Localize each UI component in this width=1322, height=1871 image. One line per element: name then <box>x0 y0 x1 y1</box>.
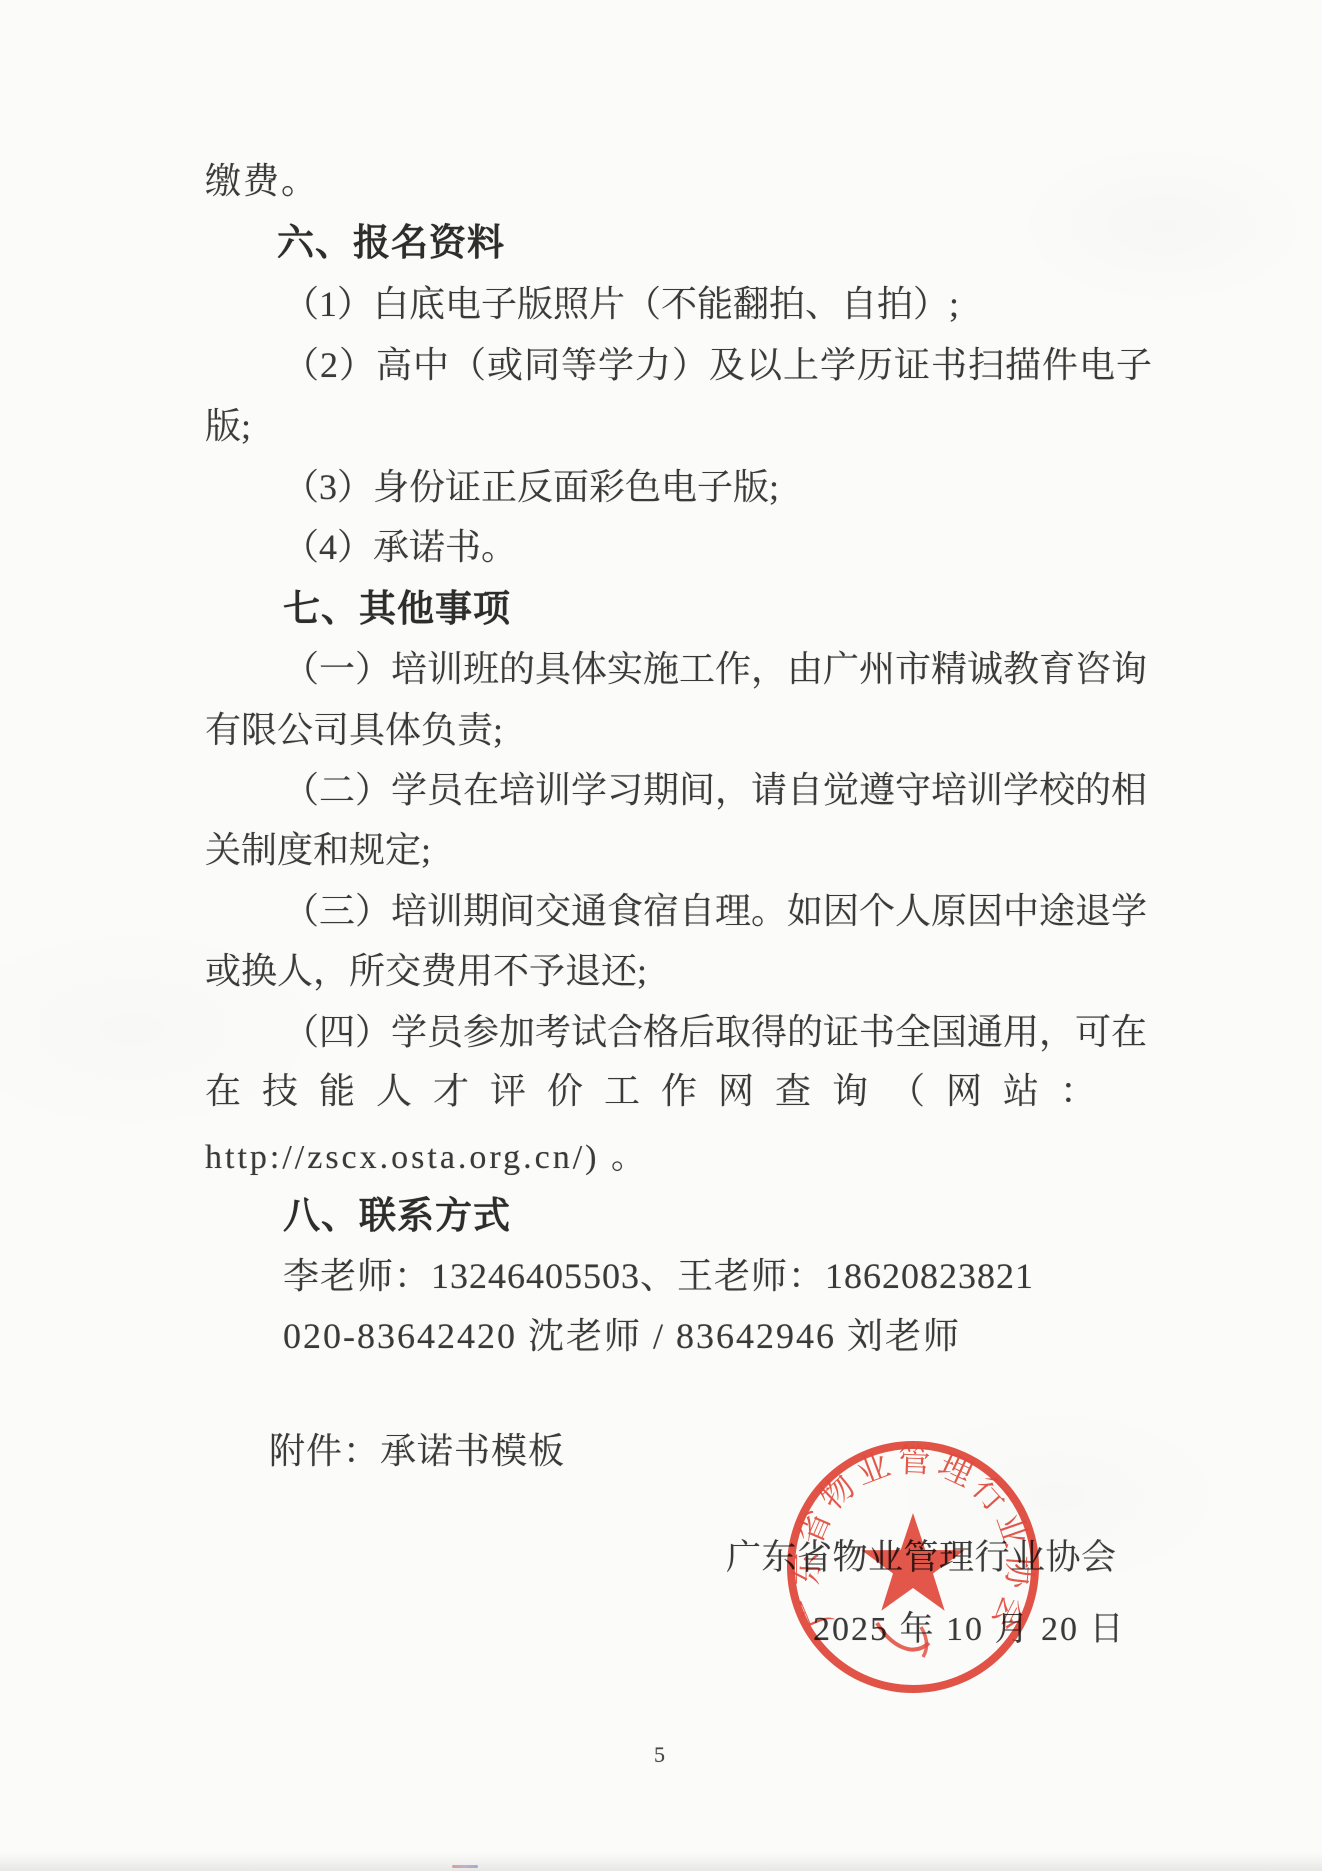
doc-line: （二）学员在培训学习期间，请自觉遵守培训学校的相 <box>283 769 1147 811</box>
doc-line-url: http://zscx.osta.org.cn/) 。 <box>205 1138 648 1178</box>
doc-line: （四）学员参加考试合格后取得的证书全国通用，可在 <box>283 1011 1147 1053</box>
doc-line: （2）高中（或同等学力）及以上学历证书扫描件电子 <box>283 344 1153 386</box>
page-number: 5 <box>654 1742 665 1768</box>
doc-line: （3）身份证正反面彩色电子版; <box>283 466 779 508</box>
doc-line: （三）培训期间交通食宿自理。如因个人原因中途退学 <box>283 890 1147 932</box>
attachment-line: 附件：承诺书模板 <box>269 1430 565 1472</box>
star-icon <box>862 1513 965 1611</box>
doc-line: （1）白底电子版照片（不能翻拍、自拍）; <box>283 283 959 325</box>
section-heading: 六、报名资料 <box>277 221 505 265</box>
document-page: 缴费。 六、报名资料 （1）白底电子版照片（不能翻拍、自拍）; （2）高中（或同… <box>0 0 1322 1871</box>
section-heading: 八、联系方式 <box>283 1194 511 1238</box>
doc-line: 有限公司具体负责; <box>205 709 503 751</box>
doc-line: 关制度和规定; <box>205 829 431 871</box>
doc-line: 缴费。 <box>205 160 319 202</box>
doc-line: 在技能人才评价工作网查询（网站： <box>205 1070 1117 1112</box>
doc-line: （4）承诺书。 <box>283 526 517 568</box>
doc-line: 李老师：13246405503、王老师：18620823821 <box>283 1255 1034 1297</box>
doc-line: （一）培训班的具体实施工作，由广州市精诚教育咨询 <box>283 648 1147 690</box>
section-heading: 七、其他事项 <box>283 587 511 631</box>
doc-line: 020-83642420 沈老师 / 83642946 刘老师 <box>283 1315 961 1357</box>
doc-line: 版; <box>205 405 251 447</box>
doc-line: 或换人，所交费用不予退还; <box>205 950 647 992</box>
official-seal: 广东省物业管理行业协会 <box>777 1431 1049 1703</box>
scan-edge-shadow <box>0 1853 1322 1871</box>
scan-artifact-speck <box>452 1865 478 1868</box>
